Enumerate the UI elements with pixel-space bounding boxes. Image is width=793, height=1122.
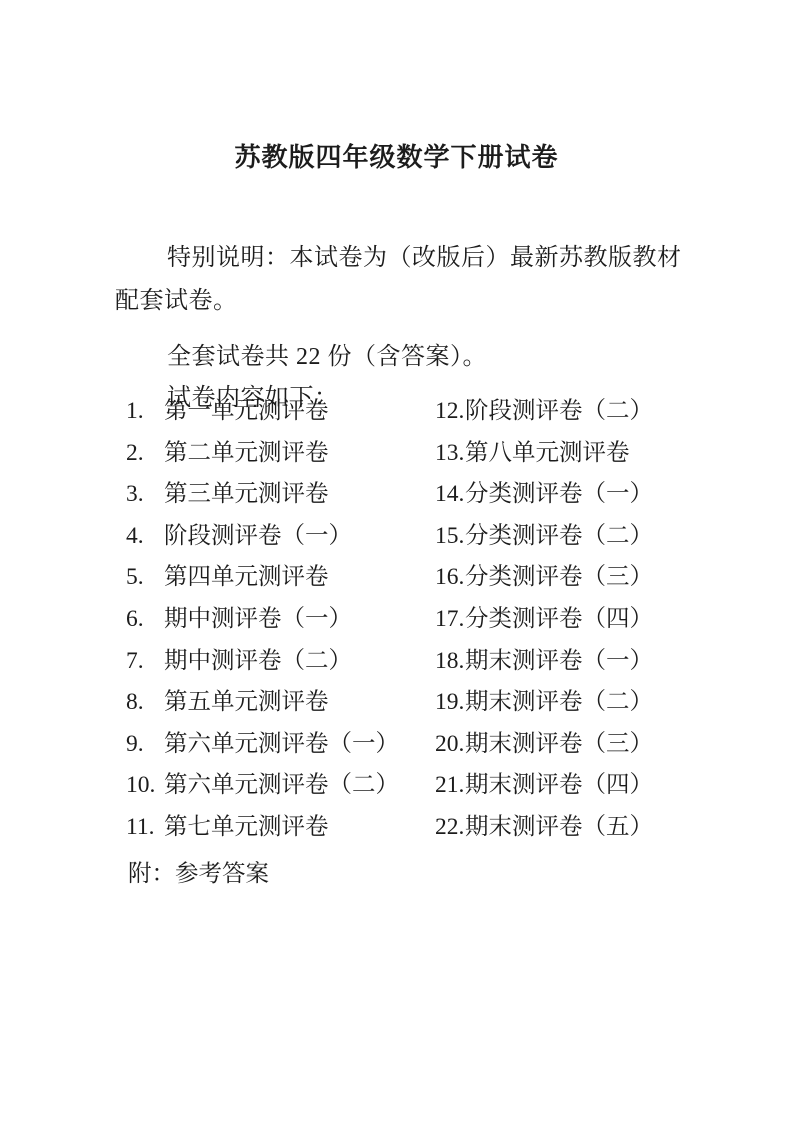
list-item: 4.阶段测评卷（一）	[126, 516, 399, 558]
list-item: 21.期末测评卷（四）	[435, 765, 653, 807]
list-item: 7.期中测评卷（二）	[126, 641, 399, 683]
list-item-number: 1.	[126, 391, 164, 433]
list-item-number: 11.	[126, 807, 164, 849]
list-item: 11.第七单元测评卷	[126, 807, 399, 849]
list-item: 5.第四单元测评卷	[126, 557, 399, 599]
list-item-label: 第五单元测评卷	[164, 689, 329, 715]
list-item-number: 18.	[435, 641, 465, 683]
list-item-number: 7.	[126, 641, 164, 683]
list-item-number: 13.	[435, 433, 465, 475]
list-item-label: 第四单元测评卷	[164, 564, 329, 590]
list-item-number: 21.	[435, 765, 465, 807]
list-item: 17.分类测评卷（四）	[435, 599, 653, 641]
list-item-label: 第六单元测评卷（一）	[164, 731, 399, 757]
list-item-label: 期末测评卷（二）	[465, 689, 653, 715]
list-item-label: 分类测评卷（一）	[465, 481, 653, 507]
list-item: 10.第六单元测评卷（二）	[126, 765, 399, 807]
list-item-label: 第二单元测评卷	[164, 440, 329, 466]
appendix-note: 附：参考答案	[128, 853, 269, 895]
list-item-number: 15.	[435, 516, 465, 558]
list-item-label: 第一单元测评卷	[164, 398, 329, 424]
list-item-label: 分类测评卷（四）	[465, 606, 653, 632]
list-item: 19.期末测评卷（二）	[435, 682, 653, 724]
list-item: 22.期末测评卷（五）	[435, 807, 653, 849]
list-item-number: 12.	[435, 391, 465, 433]
document-page: 苏教版四年级数学下册试卷 特别说明：本试卷为（改版后）最新苏教版教材 配套试卷。…	[0, 0, 793, 1122]
list-item-label: 第八单元测评卷	[465, 440, 630, 466]
list-item-label: 期中测评卷（二）	[164, 648, 352, 674]
list-item-label: 期末测评卷（四）	[465, 772, 653, 798]
list-item: 1.第一单元测评卷	[126, 391, 399, 433]
intro-line-2: 配套试卷。	[115, 281, 238, 321]
list-item-label: 期末测评卷（五）	[465, 814, 653, 840]
list-item-number: 2.	[126, 433, 164, 475]
list-item: 12.阶段测评卷（二）	[435, 391, 653, 433]
list-item-label: 第六单元测评卷（二）	[164, 772, 399, 798]
list-item-number: 10.	[126, 765, 164, 807]
list-item: 2.第二单元测评卷	[126, 433, 399, 475]
list-item-label: 第七单元测评卷	[164, 814, 329, 840]
list-item-label: 分类测评卷（二）	[465, 523, 653, 549]
list-item-label: 分类测评卷（三）	[465, 564, 653, 590]
list-item-number: 6.	[126, 599, 164, 641]
list-item: 16.分类测评卷（三）	[435, 557, 653, 599]
list-item-label: 期中测评卷（一）	[164, 606, 352, 632]
paper-list-right-column: 12.阶段测评卷（二） 13.第八单元测评卷 14.分类测评卷（一） 15.分类…	[435, 391, 653, 849]
paper-count-line: 全套试卷共 22 份（含答案）。	[115, 337, 487, 377]
list-item: 18.期末测评卷（一）	[435, 641, 653, 683]
list-item: 9.第六单元测评卷（一）	[126, 724, 399, 766]
list-item-number: 8.	[126, 682, 164, 724]
list-item-label: 阶段测评卷（一）	[164, 523, 352, 549]
list-item: 3.第三单元测评卷	[126, 474, 399, 516]
list-item-label: 第三单元测评卷	[164, 481, 329, 507]
list-item: 8.第五单元测评卷	[126, 682, 399, 724]
list-item-number: 14.	[435, 474, 465, 516]
paper-list-left-column: 1.第一单元测评卷 2.第二单元测评卷 3.第三单元测评卷 4.阶段测评卷（一）…	[126, 391, 399, 849]
list-item-number: 9.	[126, 724, 164, 766]
list-item: 15.分类测评卷（二）	[435, 516, 653, 558]
list-item-number: 17.	[435, 599, 465, 641]
page-title: 苏教版四年级数学下册试卷	[0, 140, 793, 176]
list-item-number: 4.	[126, 516, 164, 558]
list-item-label: 期末测评卷（三）	[465, 731, 653, 757]
list-item-number: 19.	[435, 682, 465, 724]
list-item-number: 5.	[126, 557, 164, 599]
intro-line-1: 特别说明：本试卷为（改版后）最新苏教版教材	[115, 238, 682, 278]
list-item: 14.分类测评卷（一）	[435, 474, 653, 516]
list-item-number: 22.	[435, 807, 465, 849]
list-item-number: 16.	[435, 557, 465, 599]
list-item: 13.第八单元测评卷	[435, 433, 653, 475]
list-item-label: 期末测评卷（一）	[465, 648, 653, 674]
list-item-number: 3.	[126, 474, 164, 516]
list-item: 6.期中测评卷（一）	[126, 599, 399, 641]
list-item: 20.期末测评卷（三）	[435, 724, 653, 766]
list-item-number: 20.	[435, 724, 465, 766]
list-item-label: 阶段测评卷（二）	[465, 398, 653, 424]
